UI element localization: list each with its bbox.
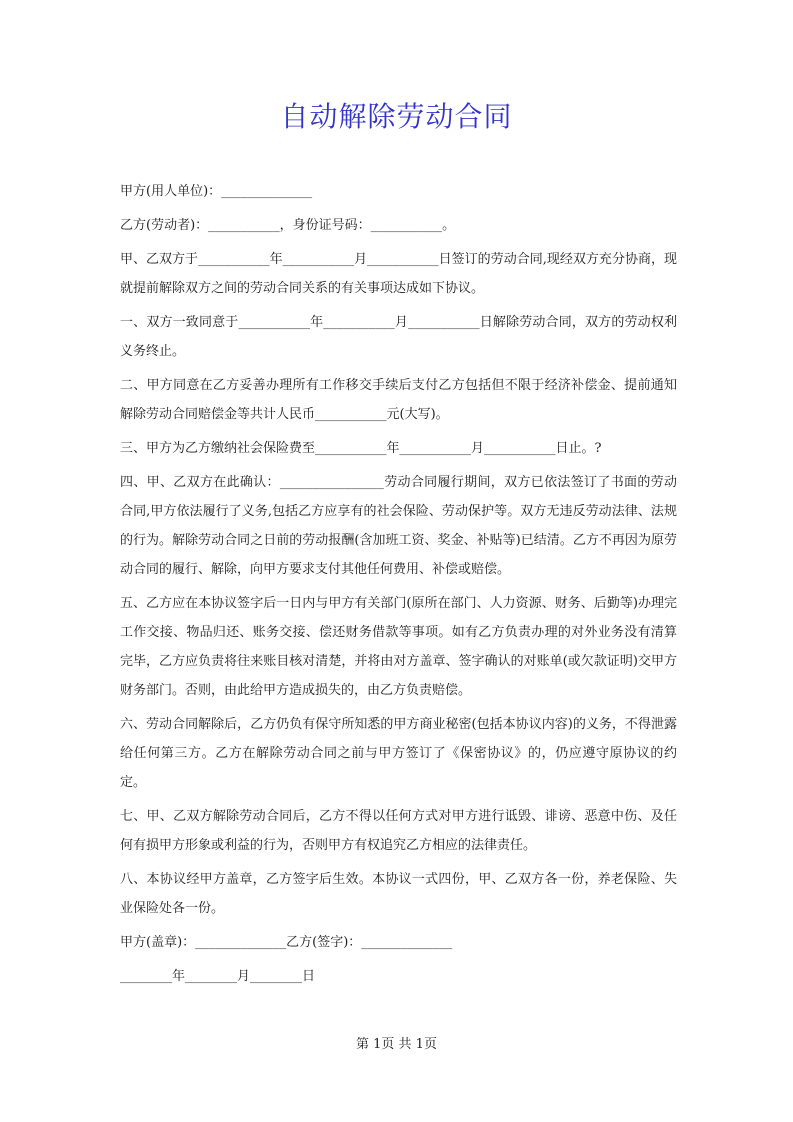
page-number-footer: 第 1页 共 1页 — [0, 1036, 793, 1054]
document-body: 甲方(用人单位)：______________ 乙方(劳动者)：________… — [120, 177, 677, 996]
document-page: 自动解除劳动合同 甲方(用人单位)：______________ 乙方(劳动者)… — [0, 0, 793, 1122]
clause-8: 八、本协议经甲方盖章，乙方签字后生效。本协议一式四份，甲、乙双方各一份，养老保险… — [120, 865, 677, 923]
document-title: 自动解除劳动合同 — [0, 100, 793, 134]
date-line: ________年________月________日 — [120, 962, 677, 991]
clause-5: 五、乙方应在本协议签字后一日内与甲方有关部门(原所在部门、人力资源、财务、后勤等… — [120, 589, 677, 705]
party-b-line: 乙方(劳动者)：___________，身份证号码：___________。 — [120, 211, 677, 240]
party-a-line: 甲方(用人单位)：______________ — [120, 177, 677, 206]
preamble-paragraph: 甲、乙双方于___________年___________月__________… — [120, 245, 677, 303]
clause-2: 二、甲方同意在乙方妥善办理所有工作移交手续后支付乙方包括但不限于经济补偿金、提前… — [120, 371, 677, 429]
clause-1: 一、双方一致同意于___________年___________月_______… — [120, 308, 677, 366]
clause-6: 六、劳动合同解除后，乙方仍负有保守所知悉的甲方商业秘密(包括本协议内容)的义务，… — [120, 710, 677, 797]
clause-4: 四、甲、乙双方在此确认：________________劳动合同履行期间，双方已… — [120, 468, 677, 584]
clause-3: 三、甲方为乙方缴纳社会保险费至___________年___________月_… — [120, 434, 677, 463]
signature-line: 甲方(盖章)：______________乙方(签字)：____________… — [120, 928, 677, 957]
clause-7: 七、甲、乙双方解除劳动合同后，乙方不得以任何方式对甲方进行诋毁、诽谤、恶意中伤、… — [120, 802, 677, 860]
